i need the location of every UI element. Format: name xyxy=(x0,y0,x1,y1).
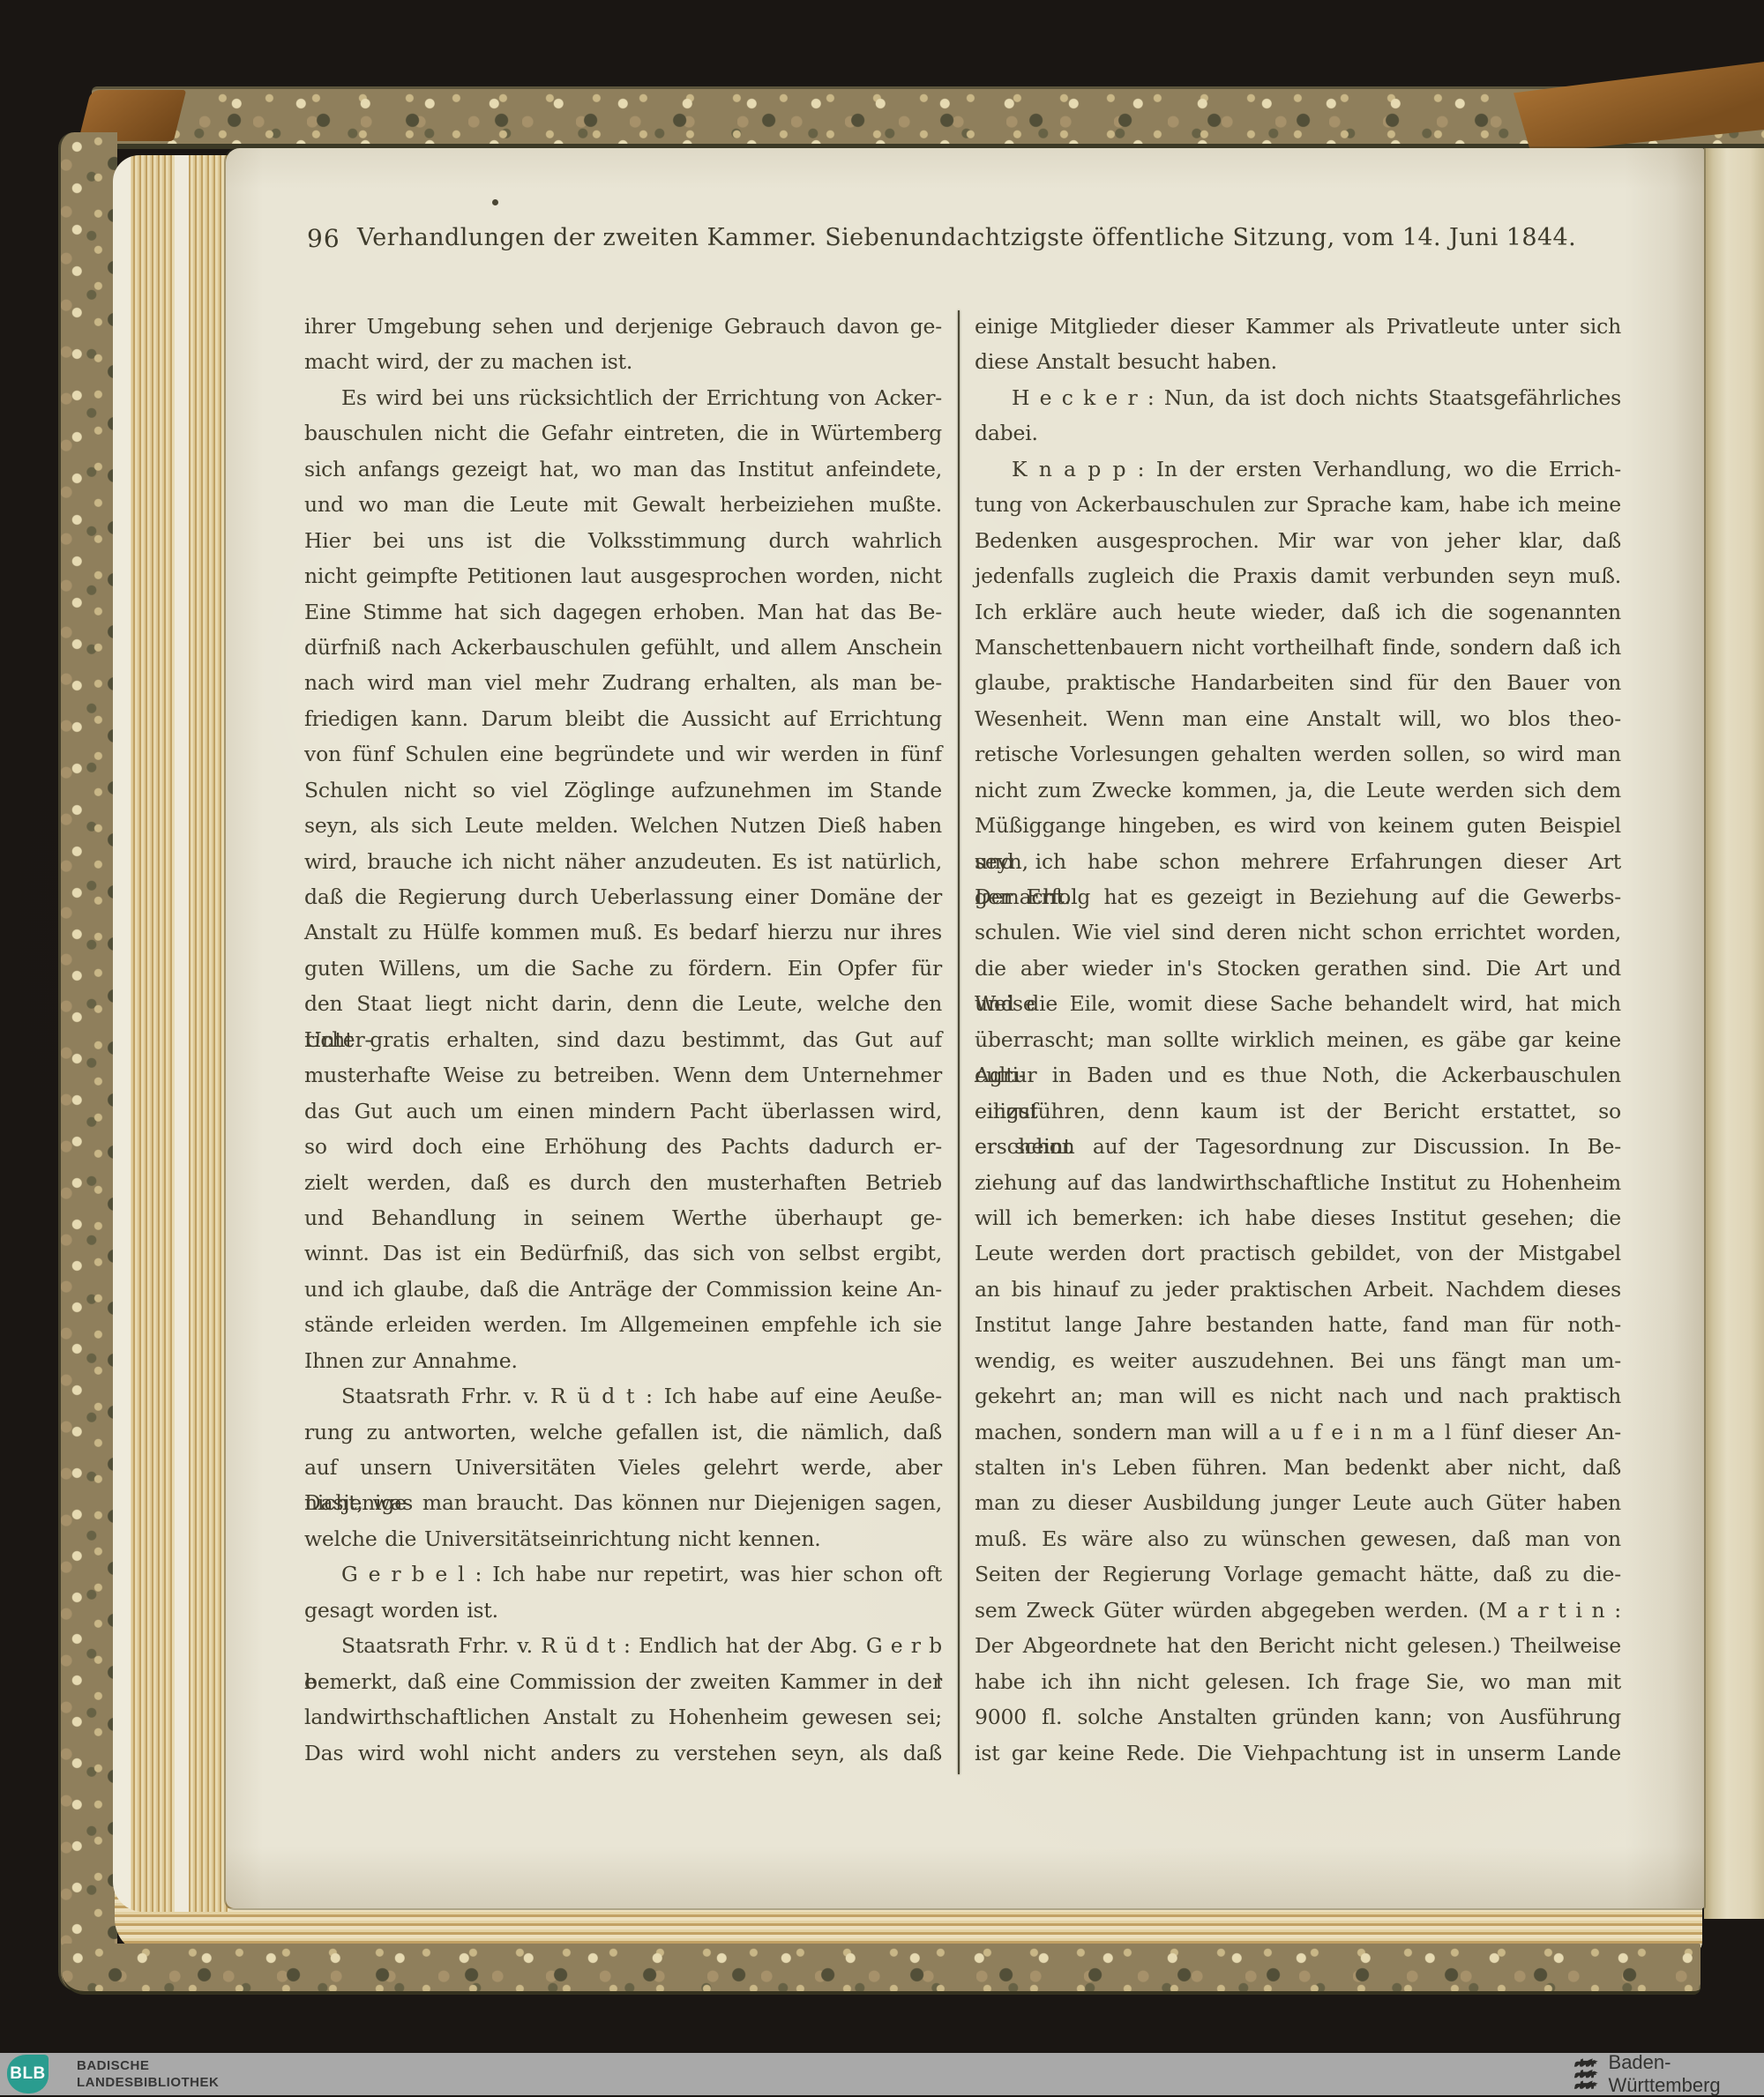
text-line: muß. Es wäre also zu wünschen gewesen, d… xyxy=(975,1521,1621,1556)
text-line: nicht, was man braucht. Das können nur D… xyxy=(304,1485,942,1520)
text-line: und die Eile, womit diese Sache behandel… xyxy=(975,986,1621,1021)
book-cover-bottom-edge xyxy=(62,1944,1700,1995)
text-line: wird, brauche ich nicht näher anzudeuten… xyxy=(304,844,942,879)
text-line: bemerkt, daß eine Commission der zweiten… xyxy=(304,1664,942,1699)
text-line: sem Zweck Güter würden abgegeben werden.… xyxy=(975,1593,1621,1628)
text-line: 9000 fl. solche Anstalten gründen kann; … xyxy=(975,1699,1621,1735)
text-line: friedigen kann. Darum bleibt die Aussich… xyxy=(304,701,942,736)
next-page-sliver xyxy=(1704,148,1764,1919)
text-line: einzuführen, denn kaum ist der Bericht e… xyxy=(975,1093,1621,1129)
text-line: glaube, praktische Handarbeiten sind für… xyxy=(975,665,1621,700)
ink-dot xyxy=(492,199,498,205)
text-line: gesagt worden ist. xyxy=(304,1593,942,1628)
text-line: seyn, als sich Leute melden. Welchen Nut… xyxy=(304,808,942,843)
text-line: G e r b e l : Ich habe nur repetirt, was… xyxy=(304,1556,942,1592)
text-line: nicht geimpfte Petitionen laut ausgespro… xyxy=(304,558,942,593)
text-line: er schon auf der Tagesordnung zur Discus… xyxy=(975,1129,1621,1164)
page-header: Verhandlungen der zweiten Kammer. Sieben… xyxy=(305,224,1628,251)
text-line: Manschettenbauern nicht vortheilhaft fin… xyxy=(975,630,1621,665)
text-line: cultur in Baden und es thue Noth, die Ac… xyxy=(975,1057,1621,1093)
text-line: habe ich ihn nicht gelesen. Ich frage Si… xyxy=(975,1664,1621,1699)
text-line: Eine Stimme hat sich dagegen erhoben. Ma… xyxy=(304,594,942,630)
text-line: Wesenheit. Wenn man eine Anstalt will, w… xyxy=(975,701,1621,736)
text-line: Es wird bei uns rücksichtlich der Errich… xyxy=(304,380,942,415)
text-line: Staatsrath Frhr. v. R ü d t : Ich habe a… xyxy=(304,1378,942,1414)
text-line: H e c k e r : Nun, da ist doch nichts St… xyxy=(975,380,1621,415)
text-line: von fünf Schulen eine begründete und wir… xyxy=(304,736,942,772)
library-name-line2: LANDESBIBLIOTHEK xyxy=(77,2074,219,2091)
text-line: Institut lange Jahre bestanden hatte, fa… xyxy=(975,1307,1621,1342)
text-line: dabei. xyxy=(975,415,1621,451)
text-line: überrascht; man sollte wirklich meinen, … xyxy=(975,1022,1621,1057)
text-line: richt gratis erhalten, sind dazu bestimm… xyxy=(304,1022,942,1057)
text-line: Ihnen zur Annahme. xyxy=(304,1343,942,1378)
text-line: Der Erfolg hat es gezeigt in Beziehung a… xyxy=(975,879,1621,914)
text-line: Das wird wohl nicht anders zu verstehen … xyxy=(304,1735,942,1771)
text-line: schulen. Wie viel sind deren nicht schon… xyxy=(975,914,1621,950)
text-line: tung von Ackerbauschulen zur Sprache kam… xyxy=(975,487,1621,522)
text-line: gekehrt an; man will es nicht nach und n… xyxy=(975,1378,1621,1414)
text-line: bauschulen nicht die Gefahr eintreten, d… xyxy=(304,415,942,451)
text-line: daß die Regierung durch Ueberlassung ein… xyxy=(304,879,942,914)
text-line: auf unsern Universitäten Vieles gelehrt … xyxy=(304,1450,942,1485)
text-line: jedenfalls zugleich die Praxis damit ver… xyxy=(975,558,1621,593)
text-line: guten Willens, um die Sache zu fördern. … xyxy=(304,951,942,986)
text-line: K n a p p : In der ersten Verhandlung, w… xyxy=(975,451,1621,487)
text-line: welche die Universitätseinrichtung nicht… xyxy=(304,1521,942,1556)
text-line: dürfniß nach Ackerbauschulen gefühlt, un… xyxy=(304,630,942,665)
library-name-line1: BADISCHE xyxy=(77,2057,219,2074)
text-line: wendig, es weiter auszudehnen. Bei uns f… xyxy=(975,1343,1621,1378)
text-line: stände erleiden werden. Im Allgemeinen e… xyxy=(304,1307,942,1342)
text-line: und ich glaube, daß die Anträge der Comm… xyxy=(304,1272,942,1307)
bw-wordmark: Baden-Württemberg xyxy=(1609,2051,1764,2095)
text-line: Staatsrath Frhr. v. R ü d t : Endlich ha… xyxy=(304,1628,942,1663)
text-line: Hier bei uns ist die Volksstimmung durch… xyxy=(304,523,942,558)
left-column: ihrer Umgebung sehen und derjenige Gebra… xyxy=(304,309,942,1771)
text-line: Bedenken ausgesprochen. Mir war von jehe… xyxy=(975,523,1621,558)
text-line: ist gar keine Rede. Die Viehpachtung ist… xyxy=(975,1735,1621,1771)
footer-bar: BLB BADISCHE LANDESBIBLIOTHEK Baden-Würt… xyxy=(0,2053,1764,2095)
column-divider xyxy=(958,310,960,1774)
book-page: 96 Verhandlungen der zweiten Kammer. Sie… xyxy=(226,148,1704,1908)
fore-edge-page-stack xyxy=(113,155,228,1912)
blb-logo-text: BLB xyxy=(10,2064,46,2084)
book-cover-top-edge xyxy=(92,86,1764,149)
text-line: einige Mitglieder dieser Kammer als Priv… xyxy=(975,309,1621,344)
text-line: man zu dieser Ausbildung junger Leute au… xyxy=(975,1485,1621,1520)
text-line: und ich habe schon mehrere Erfahrungen d… xyxy=(975,844,1621,879)
text-line: den Staat liegt nicht darin, denn die Le… xyxy=(304,986,942,1021)
text-line: das Gut auch um einen mindern Pacht über… xyxy=(304,1093,942,1129)
text-line: will ich bemerken: ich habe dieses Insti… xyxy=(975,1200,1621,1235)
bw-lions-icon xyxy=(1573,2056,1599,2093)
library-name: BADISCHE LANDESBIBLIOTHEK xyxy=(77,2057,219,2091)
text-line: rung zu antworten, welche gefallen ist, … xyxy=(304,1414,942,1450)
text-line: an bis hinauf zu jeder praktischen Arbei… xyxy=(975,1272,1621,1307)
text-line: Leute werden dort practisch gebildet, vo… xyxy=(975,1235,1621,1271)
text-line: nicht zum Zwecke kommen, ja, die Leute w… xyxy=(975,772,1621,808)
text-line: winnt. Das ist ein Bedürfniß, das sich v… xyxy=(304,1235,942,1271)
text-line: diese Anstalt besucht haben. xyxy=(975,344,1621,379)
text-line: Anstalt zu Hülfe kommen muß. Es bedarf h… xyxy=(304,914,942,950)
blb-logo: BLB xyxy=(7,2055,49,2093)
text-line: ihrer Umgebung sehen und derjenige Gebra… xyxy=(304,309,942,344)
text-line: so wird doch eine Erhöhung des Pachts da… xyxy=(304,1129,942,1164)
right-column: einige Mitglieder dieser Kammer als Priv… xyxy=(975,309,1621,1771)
scan-background: 96 Verhandlungen der zweiten Kammer. Sie… xyxy=(0,0,1764,2095)
book-cover-left-edge xyxy=(58,132,117,1991)
text-line: Der Abgeordnete hat den Bericht nicht ge… xyxy=(975,1628,1621,1663)
text-line: zielt werden, daß es durch den musterhaf… xyxy=(304,1165,942,1200)
text-line: die aber wieder in's Stocken gerathen si… xyxy=(975,951,1621,986)
text-line: Schulen nicht so viel Zöglinge aufzunehm… xyxy=(304,772,942,808)
text-line: ziehung auf das landwirthschaftliche Ins… xyxy=(975,1165,1621,1200)
text-line: nach wird man viel mehr Zudrang erhalten… xyxy=(304,665,942,700)
text-line: macht wird, der zu machen ist. xyxy=(304,344,942,379)
state-logo: Baden-Württemberg xyxy=(1573,2053,1764,2095)
text-line: stalten in's Leben führen. Man bedenkt a… xyxy=(975,1450,1621,1485)
text-line: sich anfangs gezeigt hat, wo man das Ins… xyxy=(304,451,942,487)
text-line: machen, sondern man will a u f e i n m a… xyxy=(975,1414,1621,1450)
text-line: und wo man die Leute mit Gewalt herbeizi… xyxy=(304,487,942,522)
text-line: musterhafte Weise zu betreiben. Wenn dem… xyxy=(304,1057,942,1093)
text-line: retische Vorlesungen gehalten werden sol… xyxy=(975,736,1621,772)
text-line: Seiten der Regierung Vorlage gemacht hät… xyxy=(975,1556,1621,1592)
text-line: landwirthschaftlichen Anstalt zu Hohenhe… xyxy=(304,1699,942,1735)
text-line: Ich erkläre auch heute wieder, daß ich d… xyxy=(975,594,1621,630)
text-line: Müßiggange hingeben, es wird von keinem … xyxy=(975,808,1621,843)
text-line: und Behandlung in seinem Werthe überhaup… xyxy=(304,1200,942,1235)
